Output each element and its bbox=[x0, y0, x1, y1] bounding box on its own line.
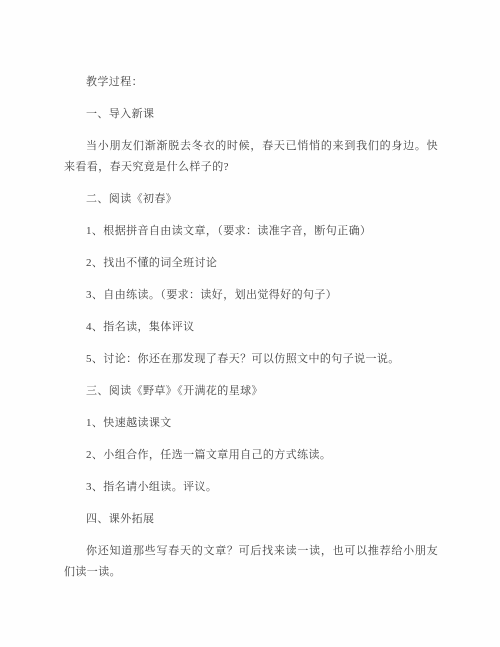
doc-item-3-2: 2、小组合作，任选一篇文章用自己的方式练读。 bbox=[64, 445, 438, 466]
document-page: 教学过程： 一、导入新课 当小朋友们渐渐脱去冬衣的时候，春天已悄悄的来到我们的身… bbox=[0, 0, 500, 647]
doc-line-process-label: 教学过程： bbox=[64, 72, 438, 93]
doc-item-3-3: 3、指名请小组读。评议。 bbox=[64, 477, 438, 498]
doc-item-2-2: 2、找出不懂的词全班讨论 bbox=[64, 253, 438, 274]
doc-heading-section-1: 一、导入新课 bbox=[64, 104, 438, 125]
doc-paragraph-extension: 你还知道那些写春天的文章？可后找来读一读，也可以推荐给小朋友们读一读。 bbox=[64, 541, 438, 583]
doc-heading-section-4: 四、课外拓展 bbox=[64, 509, 438, 530]
doc-heading-section-2: 二、阅读《初春》 bbox=[64, 189, 438, 210]
doc-item-2-5: 5、讨论：你还在那发现了春天？可以仿照文中的句子说一说。 bbox=[64, 349, 438, 370]
doc-item-3-1: 1、快速越读课文 bbox=[64, 413, 438, 434]
doc-paragraph-intro: 当小朋友们渐渐脱去冬衣的时候，春天已悄悄的来到我们的身边。快来看看，春天究竟是什… bbox=[64, 136, 438, 178]
doc-item-2-3: 3、自由练读。（要求：读好，划出觉得好的句子） bbox=[64, 285, 438, 306]
doc-item-2-4: 4、指名读，集体评议 bbox=[64, 317, 438, 338]
doc-heading-section-3: 三、阅读《野草》《开满花的星球》 bbox=[64, 381, 438, 402]
doc-item-2-1: 1、根据拼音自由读文章，（要求：读准字音，断句正确） bbox=[64, 221, 438, 242]
